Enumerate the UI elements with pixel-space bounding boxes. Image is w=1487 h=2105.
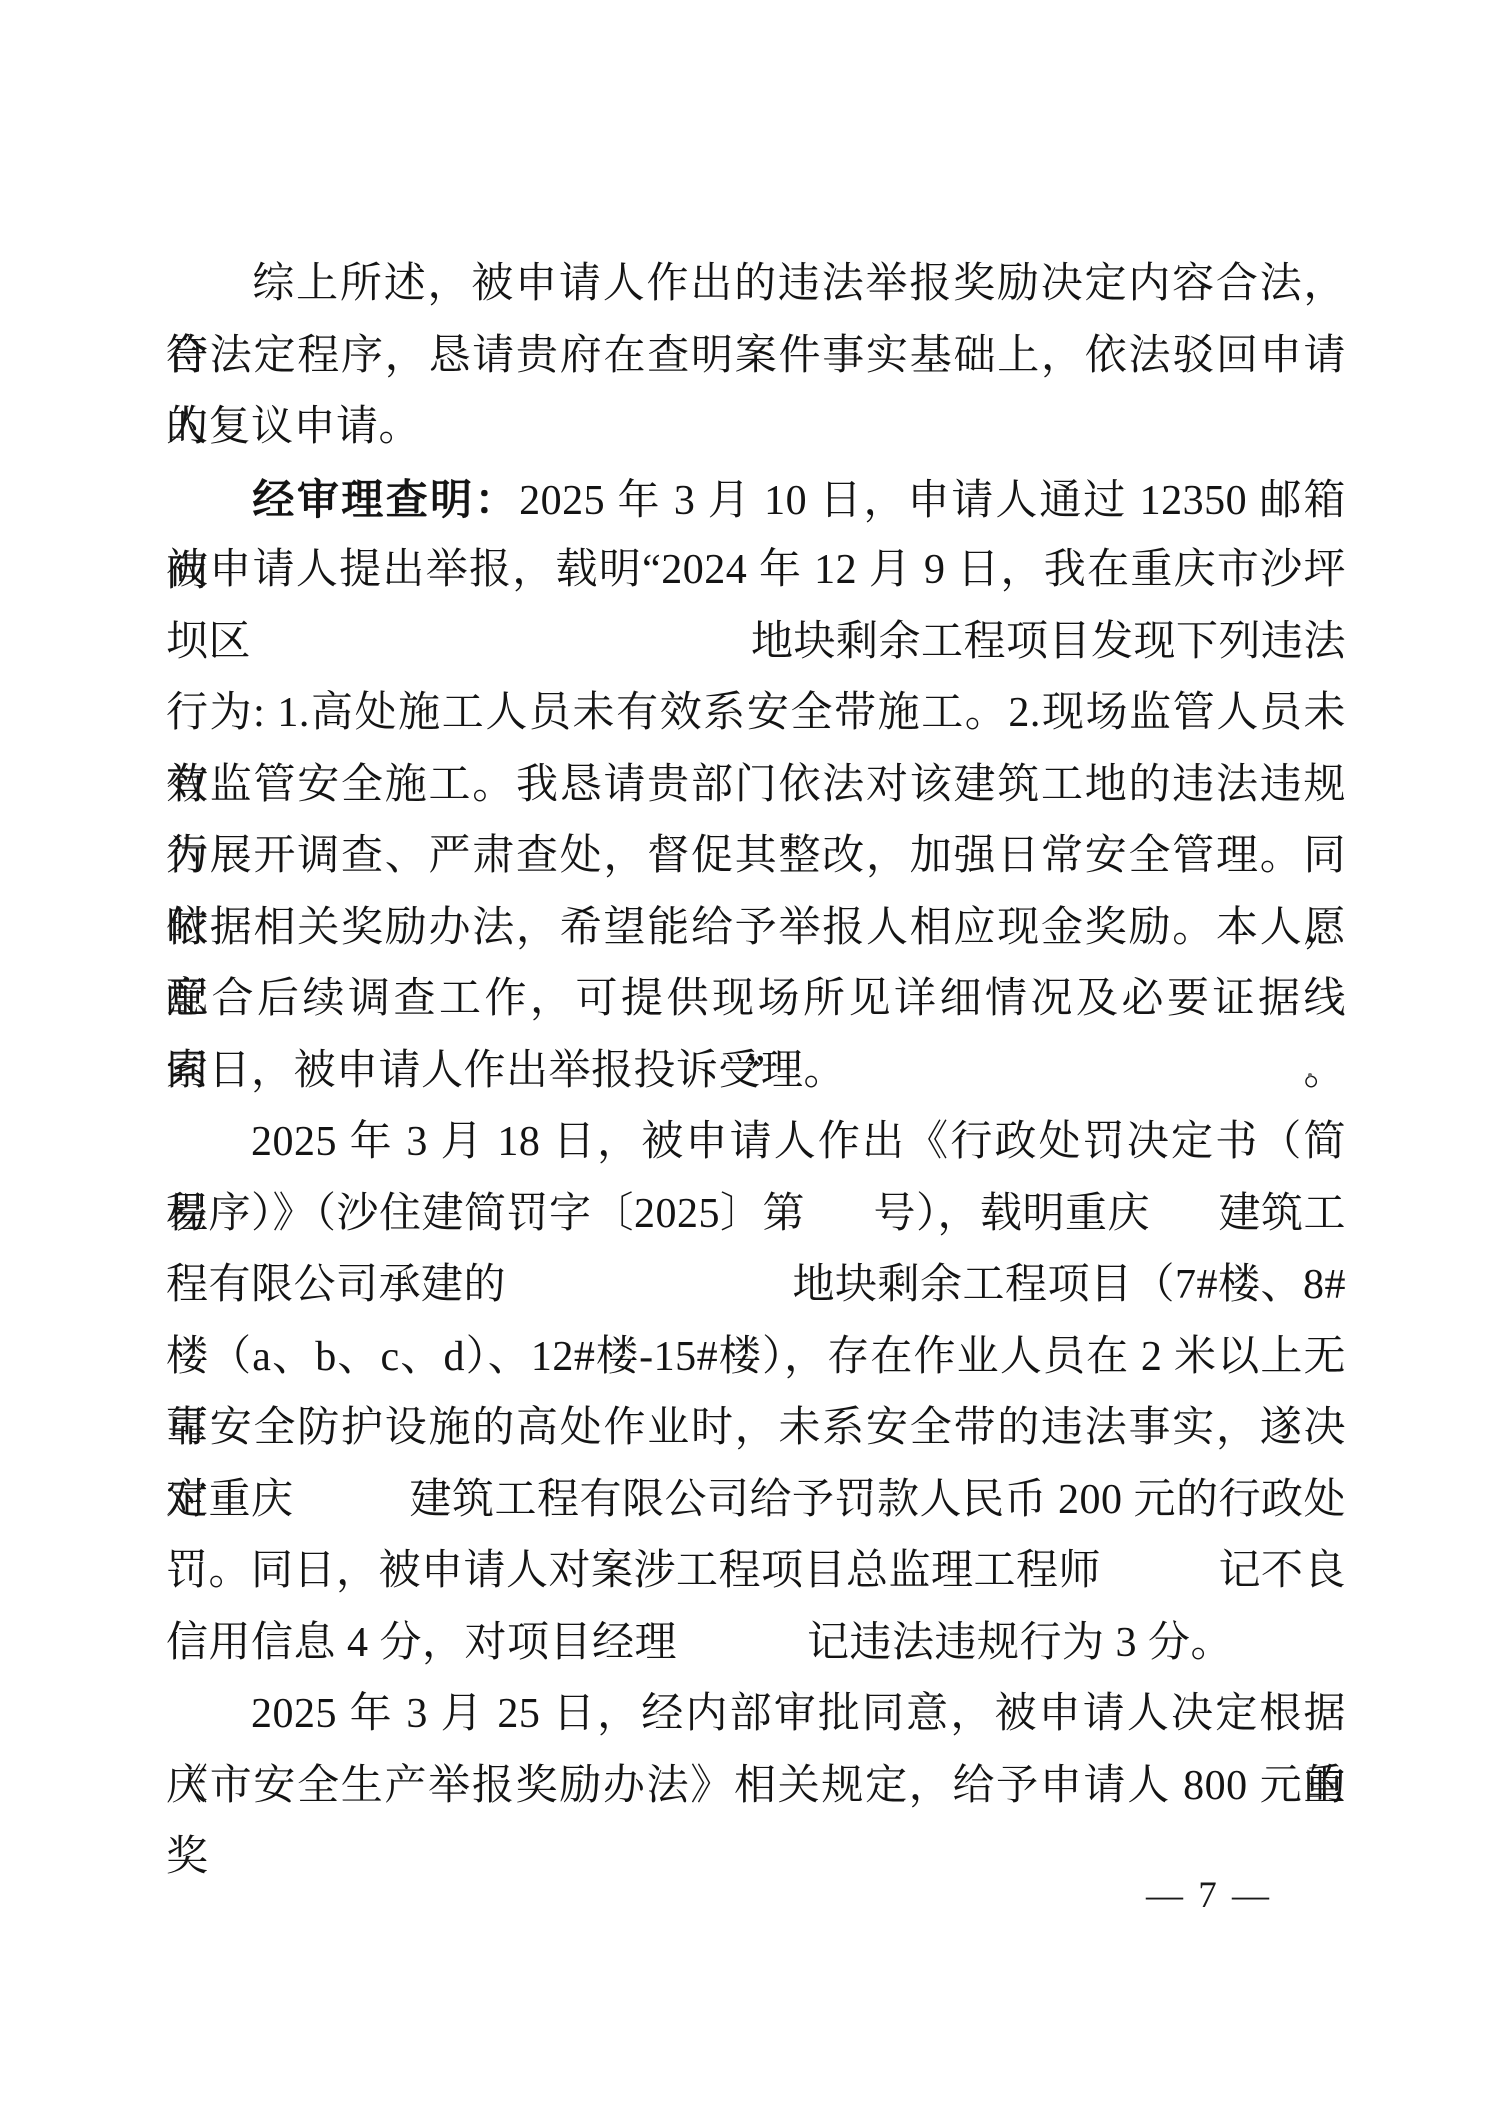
text-run: 记不良 (1218, 1536, 1346, 1608)
paragraph-indent (166, 1726, 251, 1727)
text-run: 对重庆 (166, 1465, 294, 1537)
text-line: 为展开调查、严肃查处，督促其整改，加强日常安全管理。同时， (166, 821, 1346, 893)
text-line: 合法定程序，恳请贵府在查明案件事实基础上，依法驳回申请人 (166, 321, 1346, 393)
text-line: 行为: 1.高处施工人员未有效系安全带施工。2.现场监管人员未有 (166, 678, 1346, 750)
page-number: — 7 — (1146, 1874, 1272, 1917)
redaction-gap (1101, 1583, 1218, 1584)
text-run: 号），载明重庆 (874, 1179, 1151, 1251)
text-line: 2025 年 3 月 18 日，被申请人作出《行政处罚决定书（简易 (166, 1107, 1346, 1179)
text-run: 坝区 (166, 607, 251, 679)
text-run: 庆市安全生产举报奖励办法》相关规定，给予申请人 800 元的奖 (166, 1763, 1346, 1881)
text-run: 建筑工 (1219, 1179, 1347, 1251)
text-line: 靠安全防护设施的高处作业时，未系安全带的违法事实，遂决定 (166, 1393, 1346, 1465)
text-line: 坝区地块剩余工程项目发现下列违法 (166, 607, 1346, 679)
text-run: 记违法违规行为 3 分。 (807, 1620, 1233, 1666)
redaction-gap (1150, 1226, 1218, 1227)
text-line: 程序）》（沙住建简罚字〔2025〕第号），载明重庆建筑工 (166, 1179, 1346, 1251)
scan-speck (1308, 1073, 1312, 1077)
redaction-gap (251, 654, 751, 655)
text-run: 地块剩余工程项目（7#楼、8# (792, 1250, 1346, 1322)
text-line: 依据相关奖励办法，希望能给予举报人相应现金奖励。本人愿意 (166, 893, 1346, 965)
text-line: 程有限公司承建的地块剩余工程项目（7#楼、8# (166, 1250, 1346, 1322)
text-line: 2025 年 3 月 25 日，经内部审批同意，被申请人决定根据《重 (166, 1679, 1346, 1751)
text-line: 罚。同日，被申请人对案涉工程项目总监理工程师记不良 (166, 1536, 1346, 1608)
text-line: 被申请人提出举报，载明“2024 年 12 月 9 日，我在重庆市沙坪 (166, 535, 1346, 607)
text-run: 信用信息 4 分，对项目经理 (166, 1620, 677, 1666)
section-heading: 经审理查明： (251, 476, 519, 523)
document-body: 综上所述，被申请人作出的违法举报奖励决定内容合法，符合法定程序，恳请贵府在查明案… (166, 249, 1346, 1822)
text-line: 综上所述，被申请人作出的违法举报奖励决定内容合法，符 (166, 249, 1346, 321)
text-run: 同日，被申请人作出举报投诉受理。 (166, 1048, 846, 1094)
text-line: 对重庆建筑工程有限公司给予罚款人民币 200 元的行政处 (166, 1465, 1346, 1537)
text-run: 的复议申请。 (166, 404, 421, 450)
text-line: 楼（a、b、c、d）、12#楼-15#楼），存在作业人员在 2 米以上无可 (166, 1322, 1346, 1394)
paragraph-indent (166, 513, 251, 514)
text-run: 被申请人提出举报，载明“2024 年 12 月 9 日，我在重庆市沙坪 (166, 547, 1346, 593)
text-run: 建筑工程有限公司给予罚款人民币 200 元的行政处 (409, 1465, 1346, 1537)
paragraph-indent (166, 1154, 251, 1155)
text-run: 罚。同日，被申请人对案涉工程项目总监理工程师 (166, 1536, 1101, 1608)
text-run: 地块剩余工程项目发现下列违法 (751, 607, 1346, 679)
redaction-gap (294, 1512, 410, 1513)
text-run: 程序）》（沙住建简罚字〔2025〕第 (166, 1179, 805, 1251)
text-line: 效监管安全施工。我恳请贵部门依法对该建筑工地的违法违规行 (166, 750, 1346, 822)
text-run: 程有限公司承建的 (166, 1250, 506, 1322)
text-line: 经审理查明：2025 年 3 月 10 日，申请人通过 12350 邮箱向 (166, 464, 1346, 536)
redaction-gap (506, 1297, 792, 1298)
text-line: 庆市安全生产举报奖励办法》相关规定，给予申请人 800 元的奖 (166, 1751, 1346, 1823)
text-line: 配合后续调查工作，可提供现场所见详细情况及必要证据线索”。 (166, 964, 1346, 1036)
paragraph-indent (166, 296, 251, 297)
text-line: 信用信息 4 分，对项目经理记违法违规行为 3 分。 (166, 1608, 1346, 1680)
document-page: 综上所述，被申请人作出的违法举报奖励决定内容合法，符合法定程序，恳请贵府在查明案… (0, 0, 1487, 2105)
text-line: 的复议申请。 (166, 392, 1346, 464)
redaction-gap (677, 1655, 807, 1656)
redaction-gap (805, 1226, 873, 1227)
